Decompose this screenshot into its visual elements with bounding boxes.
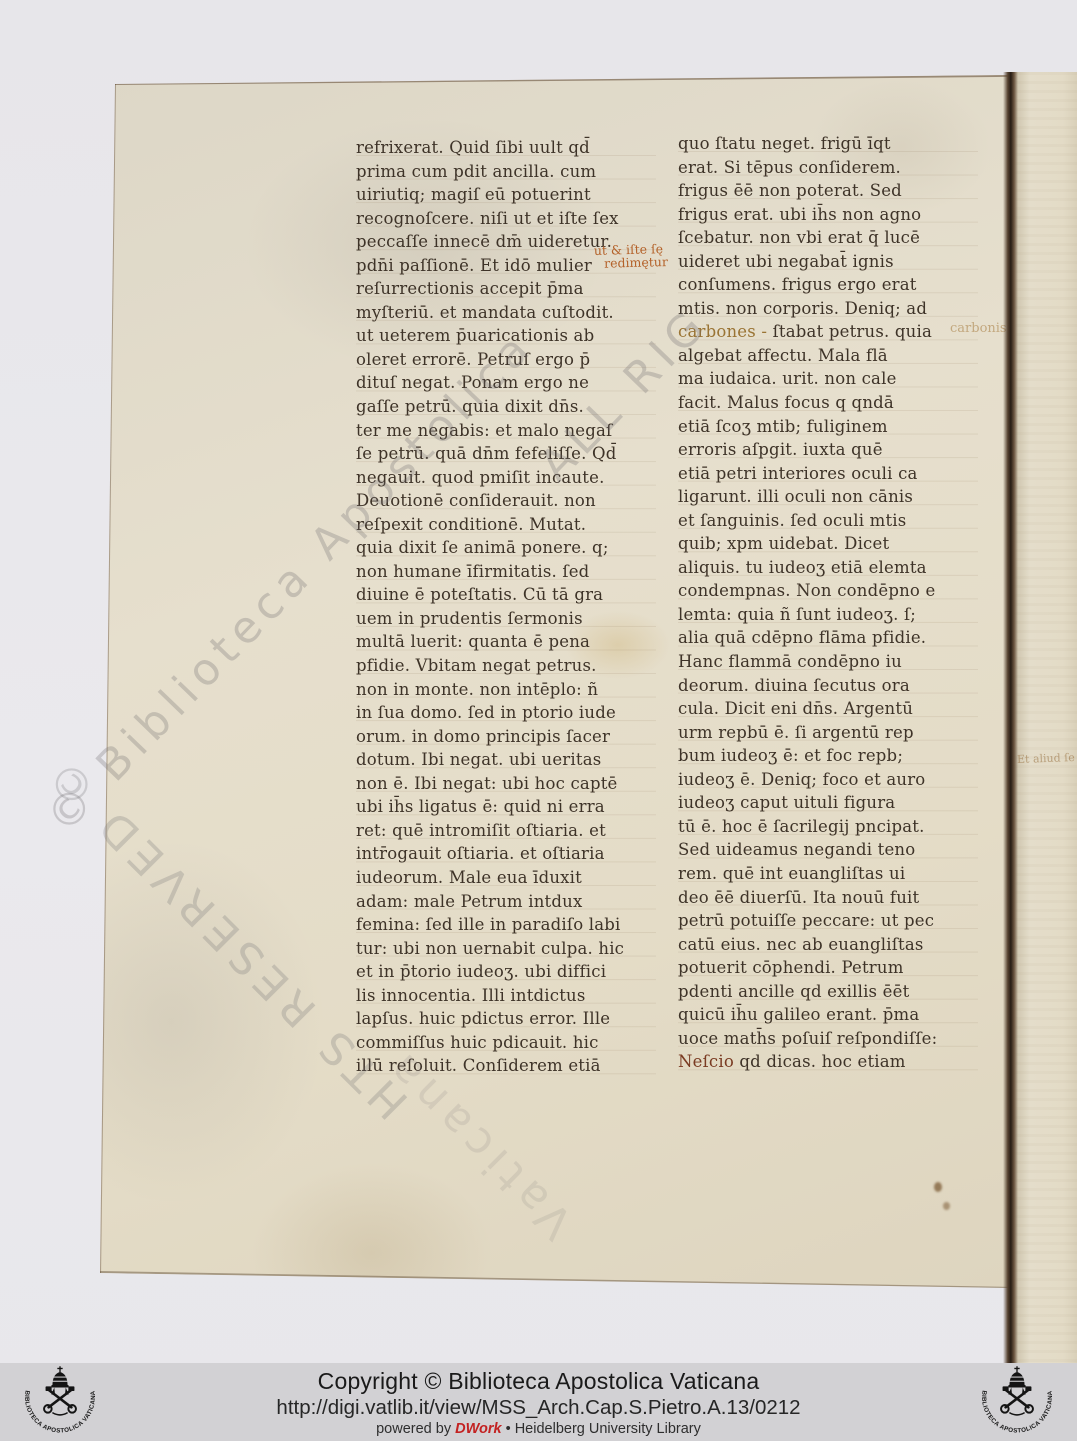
manuscript-line: quia dixit ſe animā ponere. q; — [356, 536, 656, 560]
manuscript-line: petrū potuiſſe peccare: ut pec — [678, 909, 978, 933]
manuscript-line: intr̄ogauit oſtiaria. et oſtiaria — [356, 842, 656, 866]
manuscript-line: quicū ih̄u galileo erant. p̄ma — [678, 1003, 978, 1027]
manuscript-line: commiſſus huic pdicauit. hic — [356, 1031, 656, 1055]
manuscript-line: quib; xpm uidebat. Dicet — [678, 532, 978, 556]
manuscript-line: femina: ſed ille in paradiſo labi — [356, 913, 656, 937]
manuscript-line: deorum. diuina ſecutus ora — [678, 674, 978, 698]
manuscript-line: deo ēē diuerſū. Ita nouū fuit — [678, 886, 978, 910]
manuscript-line-part: Neſcio — [678, 1052, 739, 1071]
manuscript-line: quo ſtatu neget. frigū īqt — [678, 132, 978, 156]
manuscript-line: et in p̄torio iudeoʒ. ubi diffici — [356, 960, 656, 984]
manuscript-page: refrixerat. Quid ſibi uult qd̄prima cum … — [98, 74, 1010, 1289]
manuscript-line: in ſua domo. ſed in ptorio iude — [356, 701, 656, 725]
manuscript-line: non humane īfirmitatis. ſed — [356, 560, 656, 584]
manuscript-line: reſurrectionis accepit p̄ma — [356, 277, 656, 301]
manuscript-line-part: ſtabat petrus. quia — [773, 322, 932, 341]
manuscript-line: uiriutiq; magiſ eū potuerint — [356, 183, 656, 207]
manuscript-line: recognoſcere. niſi ut et iſte ſex — [356, 207, 656, 231]
manuscript-line-part: qd dicas. hoc etiam — [739, 1052, 905, 1071]
ink-stain — [934, 1182, 942, 1192]
manuscript-line: et ſanguinis. ſed oculi mtis — [678, 509, 978, 533]
manuscript-line: orum. in domo principis ſacer — [356, 725, 656, 749]
manuscript-line: lapſus. huic pdictus error. Ille — [356, 1007, 656, 1031]
manuscript-line: carbones - ſtabat petrus. quia — [678, 320, 978, 344]
manuscript-line: uem in prudentis ſermonis — [356, 607, 656, 631]
manuscript-line: uideret ubi negabat̄ ignis — [678, 250, 978, 274]
manuscript-line: frigus erat. ubi ih̄s non agno — [678, 203, 978, 227]
manuscript-line: adam: male Petrum intdux — [356, 890, 656, 914]
footer-bar: BIBLIOTECA APOSTOLICA VATICANA Copyright… — [0, 1363, 1077, 1441]
manuscript-line: condempnas. Non condēpno e — [678, 579, 978, 603]
manuscript-line: lemta: quia ñ ſunt iudeoʒ. ſ; — [678, 603, 978, 627]
manuscript-line: cula. Dicit eni dn̄s. Argentū — [678, 697, 978, 721]
marginal-note-red-line2: redimętur — [594, 255, 668, 270]
manuscript-line: erroris aſpgit. iuxta quē — [678, 438, 978, 462]
manuscript-line: pdenti ancille qd exillis ēēt — [678, 980, 978, 1004]
page-edge-bottom — [100, 1271, 1011, 1289]
manuscript-line: aliquis. tu iudeoʒ etiā elemta — [678, 556, 978, 580]
manuscript-line: ubi ih̄s ligatus ē: quid ni erra — [356, 795, 656, 819]
manuscript-line: ret: quē intromiſit oſtiaria. et — [356, 819, 656, 843]
footer-copyright: Copyright © Biblioteca Apostolica Vatica… — [318, 1368, 760, 1395]
manuscript-line: catū eius. nec ab euangliſtas — [678, 933, 978, 957]
left-text-column: refrixerat. Quid ſibi uult qd̄prima cum … — [356, 136, 656, 1078]
manuscript-line-part: carbones - — [678, 322, 773, 341]
manuscript-line: rem. quē int euangliſtas ui — [678, 862, 978, 886]
manuscript-line: Deuotionē conſiderauit. non — [356, 489, 656, 513]
book-gutter — [1003, 72, 1018, 1363]
powered-prefix: powered by — [376, 1421, 455, 1437]
powered-suffix: • Heidelberg University Library — [502, 1421, 701, 1437]
manuscript-line: ligarunt. illi oculi non cānis — [678, 485, 978, 509]
manuscript-line: conſumens. frigus ergo erat — [678, 273, 978, 297]
manuscript-line: Hanc flammā condēpno iu — [678, 650, 978, 674]
manuscript-line: diuine ē poteſtatis. Cū tā gra — [356, 583, 656, 607]
manuscript-line: prima cum pdit ancilla. cum — [356, 160, 656, 184]
manuscript-line: mtis. non corporis. Deniq; ad — [678, 297, 978, 321]
manuscript-line: algebat affectu. Mala flā — [678, 344, 978, 368]
manuscript-line: urm repbū ē. ſi argentū rep — [678, 721, 978, 745]
right-text-column: quo ſtatu neget. frigū īqterat. Si tēpus… — [678, 132, 978, 1074]
manuscript-line: negauit. quod pmiſit incaute. — [356, 466, 656, 490]
manuscript-line: illū reſoluit. Conſiderem etiā — [356, 1054, 656, 1078]
manuscript-line: ſe petrū. quā dn̄m fefeliſſe. Qd̄ — [356, 442, 656, 466]
facing-page-edge: Et aliud ſe — [1013, 72, 1077, 1363]
manuscript-line: ter me negabis: et malo negaſ — [356, 419, 656, 443]
marginal-note-red: ut & iſte ſę redimętur — [594, 242, 668, 270]
manuscript-line: Sed uideamus negandi teno — [678, 838, 978, 862]
footer-text-block: Copyright © Biblioteca Apostolica Vatica… — [0, 1363, 1077, 1441]
manuscript-line: iudeoʒ caput uituli figura — [678, 791, 978, 815]
manuscript-line: frigus ēē non poterat. Sed — [678, 179, 978, 203]
manuscript-line: lis innocentia. Illi intdictus — [356, 984, 656, 1008]
manuscript-line: ſcebatur. non vbi erat q̄ lucē — [678, 226, 978, 250]
manuscript-line: ut ueterem p̄uaricationis ab — [356, 324, 656, 348]
manuscript-line: refrixerat. Quid ſibi uult qd̄ — [356, 136, 656, 160]
manuscript-line: non in monte. non intēplo: ñ — [356, 678, 656, 702]
manuscript-line: potuerit cōphendi. Petrum — [678, 956, 978, 980]
footer-url[interactable]: http://digi.vatlib.it/view/MSS_Arch.Cap.… — [276, 1396, 800, 1420]
manuscript-line: alia quā cdēpno flāma pfidie. — [678, 626, 978, 650]
manuscript-line: dituſ negat. Ponam ergo ne — [356, 371, 656, 395]
manuscript-line: Neſcio qd dicas. hoc etiam — [678, 1050, 978, 1074]
page-edge-top — [115, 75, 1009, 85]
scan-viewer: refrixerat. Quid ſibi uult qd̄prima cum … — [0, 0, 1077, 1441]
flyleaf-marginal-note: Et aliud ſe — [1017, 751, 1075, 766]
manuscript-line: uoce math̄s poſuiſ reſpondiſſe: — [678, 1027, 978, 1051]
manuscript-line: myſteriū. et mandata cuſtodit. — [356, 301, 656, 325]
manuscript-line: iudeoʒ ē. Deniq; foco et auro — [678, 768, 978, 792]
manuscript-line: pfidie. Vbitam negat petrus. — [356, 654, 656, 678]
dwork-brand: DWork — [455, 1421, 501, 1437]
manuscript-line: etiā ſcoʒ mtib; fuliginem — [678, 415, 978, 439]
manuscript-line: ma iudaica. urit. non cale — [678, 367, 978, 391]
manuscript-line: erat. Si tēpus conſiderem. — [678, 156, 978, 180]
manuscript-line: multā luerit: quanta ē pena — [356, 630, 656, 654]
manuscript-line: iudeorum. Male eua īduxit — [356, 866, 656, 890]
manuscript-line: oleret errorē. Petruſ ergo p̄ — [356, 348, 656, 372]
manuscript-line: etiā petri interiores oculi ca — [678, 462, 978, 486]
ink-stain — [943, 1202, 950, 1210]
manuscript-line: dotum. Ibi negat. ubi ueritas — [356, 748, 656, 772]
manuscript-line: tur: ubi non uernabit culpa. hic — [356, 937, 656, 961]
manuscript-line: facit. Malus focus q qndā — [678, 391, 978, 415]
manuscript-line: reſpexit conditionē. Mutat. — [356, 513, 656, 537]
vatican-library-logo: BIBLIOTECA APOSTOLICA VATICANA — [961, 1364, 1073, 1440]
marginal-note-faint: carbonis — [950, 321, 1007, 336]
manuscript-line: non ē. Ibi negat: ubi hoc captē — [356, 772, 656, 796]
logo-circular-text: BIBLIOTECA APOSTOLICA VATICANA — [980, 1390, 1054, 1435]
manuscript-line: gaſſe petrū. quia dixit dn̄s. — [356, 395, 656, 419]
manuscript-line: bum iudeoʒ ē: et foc repb; — [678, 744, 978, 768]
footer-powered-by: powered by DWork • Heidelberg University… — [376, 1421, 701, 1437]
manuscript-line: tū ē. hoc ē ſacrilegij pncipat. — [678, 815, 978, 839]
page-edge-left — [99, 84, 116, 1274]
svg-text:BIBLIOTECA APOSTOLICA VATICANA: BIBLIOTECA APOSTOLICA VATICANA — [980, 1390, 1054, 1435]
